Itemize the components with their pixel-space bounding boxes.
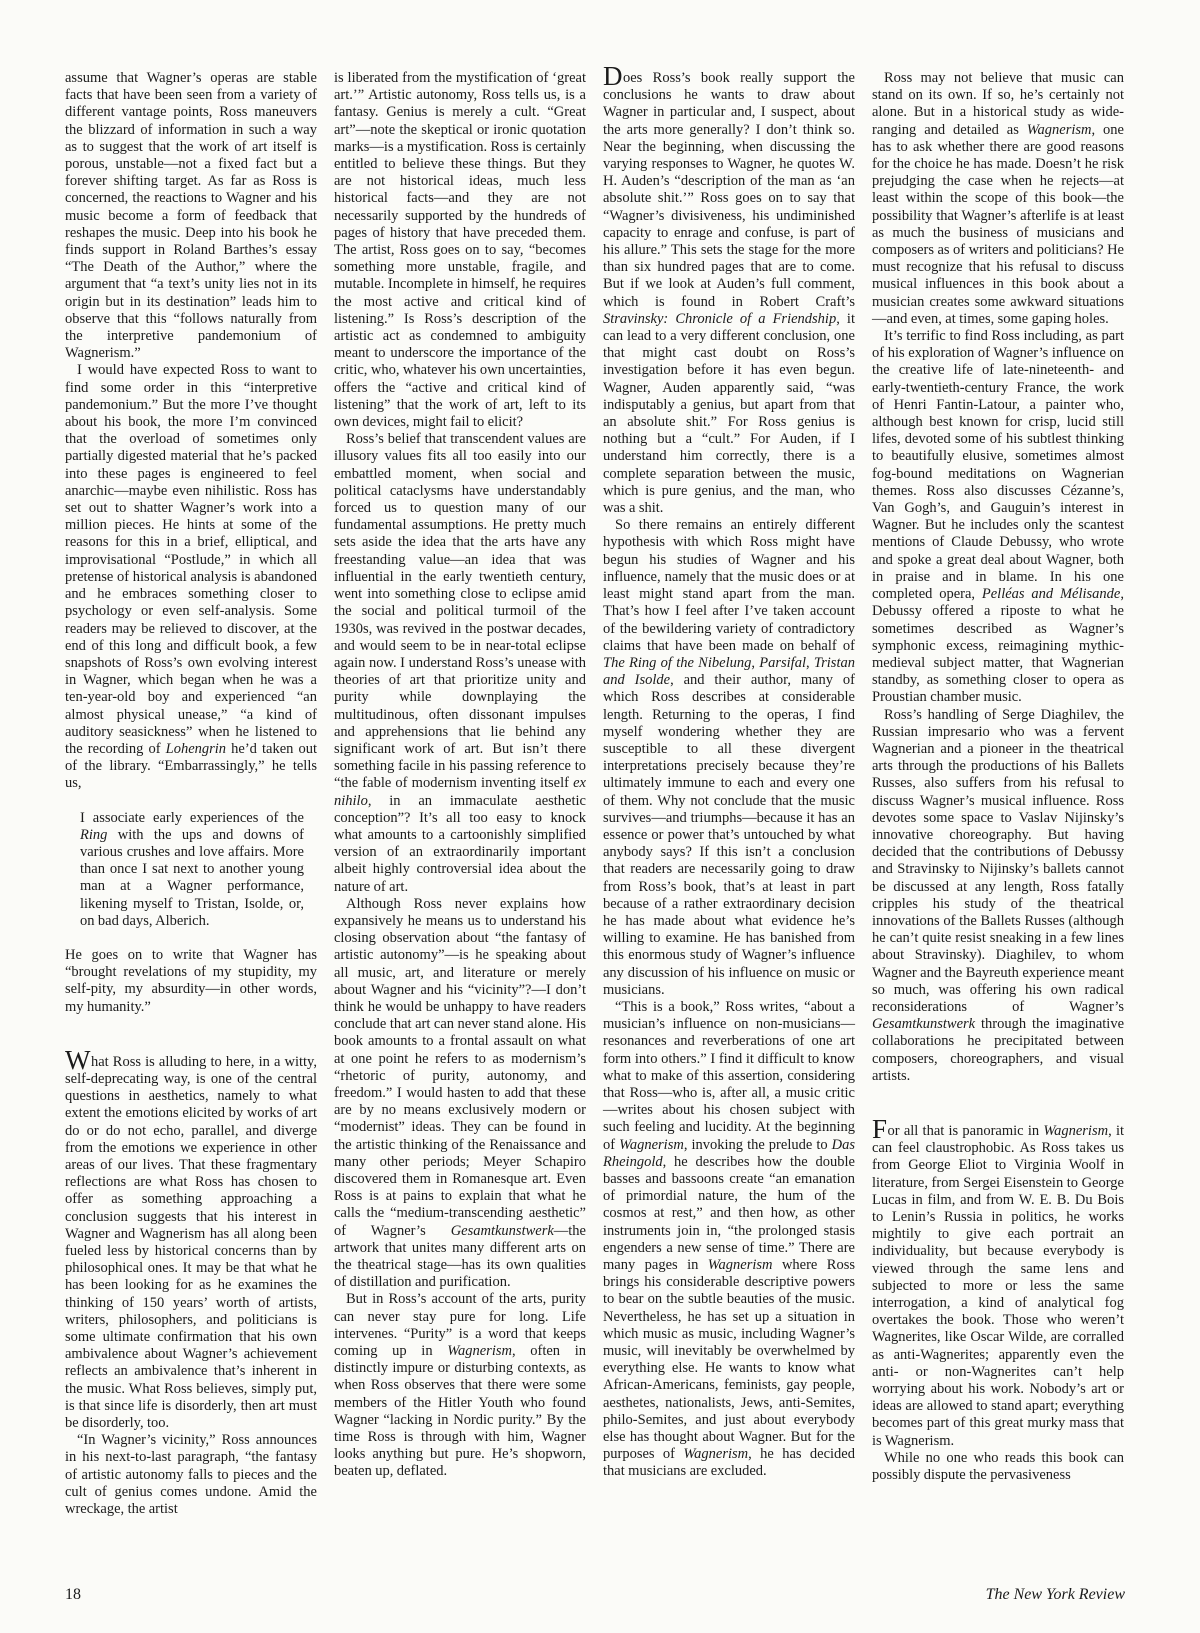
column-4: Ross may not believe that music can stan… bbox=[872, 70, 1124, 1518]
paragraph: “This is a book,” Ross writes, “about a … bbox=[603, 999, 855, 1481]
journal-name: The New York Review bbox=[986, 1586, 1125, 1604]
paragraph: He goes on to write that Wagner has “bro… bbox=[65, 947, 317, 1016]
page-number: 18 bbox=[65, 1586, 81, 1604]
block-quote: I associate early experiences of the Rin… bbox=[80, 810, 304, 930]
column-2: is liberated from the mystification of ‘… bbox=[334, 70, 586, 1518]
paragraph: So there remains an entirely different h… bbox=[603, 517, 855, 999]
paragraph: Ross’s handling of Serge Diaghilev, the … bbox=[872, 707, 1124, 1085]
paragraph: “In Wagner’s vicinity,” Ross announces i… bbox=[65, 1432, 317, 1518]
paragraph-dropcap: For all that is panoramic in Wagnerism, … bbox=[872, 1123, 1124, 1450]
page-footer: 18 The New York Review bbox=[65, 1586, 1125, 1604]
paragraph: Ross’s belief that transcendent values a… bbox=[334, 431, 586, 895]
column-1: assume that Wagner’s operas are stable f… bbox=[65, 70, 317, 1518]
paragraph-text: hat Ross is alluding to here, in a witty… bbox=[65, 1054, 317, 1431]
paragraph: Ross may not believe that music can stan… bbox=[872, 70, 1124, 328]
paragraph: assume that Wagner’s operas are stable f… bbox=[65, 70, 317, 362]
article-body: assume that Wagner’s operas are stable f… bbox=[65, 70, 1125, 1518]
paragraph-dropcap: What Ross is alluding to here, in a witt… bbox=[65, 1054, 317, 1432]
paragraph: is liberated from the mystification of ‘… bbox=[334, 70, 586, 431]
paragraph: But in Ross’s account of the arts, purit… bbox=[334, 1291, 586, 1480]
paragraph: It’s terrific to find Ross including, as… bbox=[872, 328, 1124, 706]
paragraph: While no one who reads this book can pos… bbox=[872, 1450, 1124, 1484]
paragraph: I would have expected Ross to want to fi… bbox=[65, 362, 317, 792]
paragraph: Although Ross never explains how expansi… bbox=[334, 896, 586, 1292]
paragraph-dropcap: Does Ross’s book really support the conc… bbox=[603, 70, 855, 517]
paragraph-text: or all that is panoramic in Wagnerism, i… bbox=[872, 1123, 1124, 1449]
paragraph-text: oes Ross’s book really support the concl… bbox=[603, 70, 855, 516]
magazine-page: assume that Wagner’s operas are stable f… bbox=[0, 0, 1200, 1633]
column-3: Does Ross’s book really support the conc… bbox=[603, 70, 855, 1518]
